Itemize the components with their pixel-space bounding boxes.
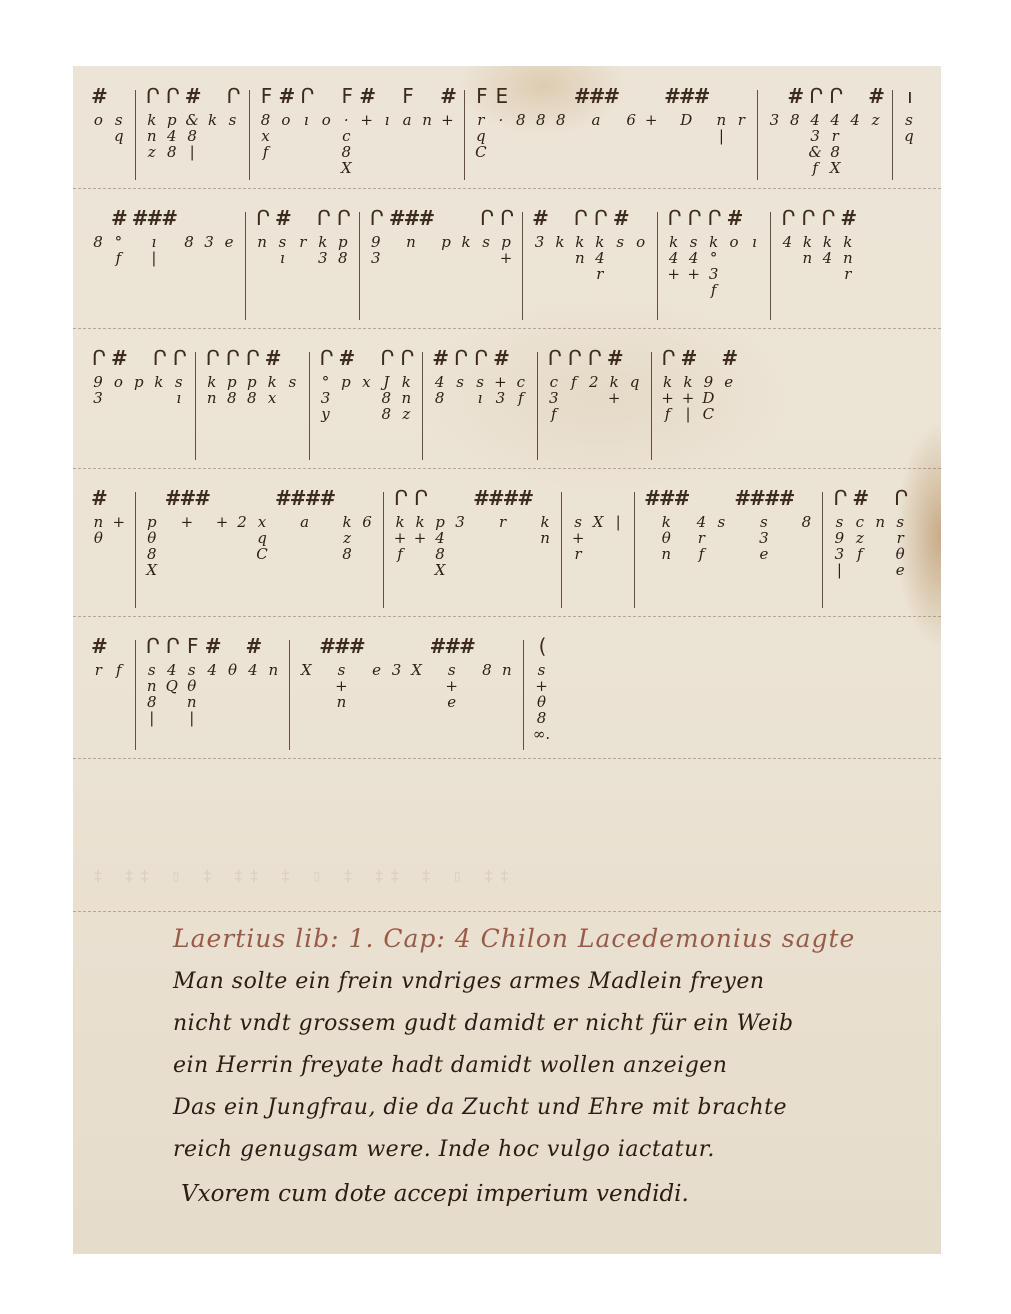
tab-note-stack: °3y: [321, 374, 331, 422]
tab-chord: #r: [91, 616, 106, 678]
tab-chord: Րı: [299, 66, 313, 128]
rhythm-flag-icon: F: [342, 66, 352, 106]
tab-note-stack: X: [301, 662, 312, 678]
tab-letter: s: [289, 374, 297, 390]
tab-note-stack: n: [268, 662, 278, 678]
tab-letter: n: [406, 234, 416, 250]
barline: [309, 352, 310, 460]
tab-note-stack: ·c8X: [341, 112, 352, 176]
tab-note-stack: p8: [247, 374, 257, 406]
tab-note-stack: s93|: [835, 514, 845, 578]
barline: [135, 640, 136, 750]
tab-letter: z: [872, 112, 880, 128]
rhythm-flag-icon: Ր: [801, 188, 813, 228]
tab-letter: k: [575, 234, 584, 250]
tab-letter: s: [229, 112, 237, 128]
rhythm-flag-icon: #: [275, 188, 290, 228]
tab-letter: 4: [850, 112, 860, 128]
tab-system-2: 8#°f###ı|83eՐn#sırՐk3Րp8Ր93###npkՐsՐp+#3…: [73, 188, 941, 329]
tab-letter: r: [832, 128, 839, 144]
rhythm-flag-icon: Ր: [662, 328, 674, 368]
measure: Րc3fՐfՐ2#k+q: [541, 328, 648, 468]
tab-chord: k: [553, 188, 567, 250]
tab-note-stack: 8: [516, 112, 526, 128]
barline: [135, 492, 136, 608]
tab-letter: °: [115, 234, 123, 250]
tab-note-stack: c3f: [549, 374, 559, 422]
rhythm-flag-icon: Ր: [548, 328, 560, 368]
tab-note-stack: 4: [850, 112, 860, 128]
tab-note-stack: +: [441, 112, 454, 128]
tab-letter: s: [616, 234, 624, 250]
rhythm-flag-icon: Ր: [474, 328, 486, 368]
tab-letter: z: [343, 530, 351, 546]
tab-note-stack: 2: [237, 514, 247, 530]
tab-note-stack: ·: [498, 112, 503, 128]
rhythm-flag-icon: #: [727, 188, 742, 228]
measure: #nθ+: [85, 468, 132, 616]
tab-note-stack: e: [372, 662, 381, 678]
tab-note-stack: 6: [626, 112, 636, 128]
tab-letter: θ: [228, 662, 237, 678]
tab-letter: 2: [589, 374, 599, 390]
tab-chord: p48X: [433, 468, 447, 578]
barline: [383, 492, 384, 608]
tab-note-stack: s+e: [445, 662, 458, 710]
tab-chord: #48: [432, 328, 447, 406]
tab-note-stack: knz: [147, 112, 157, 160]
tab-chord: #s: [613, 188, 628, 250]
barline: [651, 352, 652, 460]
tab-chord: ###+: [165, 468, 209, 530]
tab-letter: +: [216, 514, 229, 530]
tab-letter: f: [263, 144, 269, 160]
tab-chord: o: [634, 188, 648, 250]
tab-letter: 8: [342, 144, 352, 160]
tab-chord: #knr: [840, 188, 855, 282]
tab-letter: n: [268, 662, 278, 678]
tab-letter: θ: [94, 530, 103, 546]
tab-letter: k: [402, 374, 411, 390]
system-3-measures: Ր93#opՐkՐsıՐknՐp8Րp8#kxsՐ°3y#pxՐJ88Րknz#…: [85, 328, 931, 468]
tab-chord: ####a: [275, 468, 334, 530]
tab-chord: Րp48: [165, 66, 179, 160]
barline: [464, 90, 465, 180]
tab-letter: °: [710, 250, 718, 266]
tab-letter: |: [719, 128, 724, 144]
tab-note-stack: p: [341, 374, 351, 390]
tab-chord: Րk4: [820, 188, 834, 266]
tab-letter: p: [134, 374, 144, 390]
tab-letter: 8: [537, 710, 547, 726]
tab-letter: k: [416, 514, 425, 530]
tab-note-stack: e: [225, 234, 234, 250]
tab-letter: 4: [207, 662, 217, 678]
tab-note-stack: k4+: [667, 234, 680, 282]
rhythm-flag-icon: #: [91, 468, 106, 508]
tab-chord: #8: [787, 66, 802, 128]
measure: (s+θ8∞.: [527, 616, 556, 758]
tab-chord: (s+θ8∞.: [533, 616, 550, 742]
tab-letter: 4: [689, 250, 699, 266]
tab-chord: 6: [624, 66, 638, 128]
tab-chord: Ր4Q: [165, 616, 179, 694]
tab-letter: 3: [496, 390, 506, 406]
tab-letter: f: [397, 546, 403, 562]
tab-chord: Fa: [400, 66, 414, 128]
measure: Ր93###npkՐsՐp+: [363, 188, 519, 328]
tab-chord: 8: [514, 66, 528, 128]
tab-letter: 4: [783, 234, 793, 250]
latin-quote: Vxorem cum dote accepi imperium vendidi.: [173, 1181, 933, 1207]
tab-letter: 4: [167, 128, 177, 144]
tab-chord: #°f: [111, 188, 126, 266]
tab-note-stack: 3: [770, 112, 780, 128]
tab-chord: ısq: [902, 66, 916, 144]
tab-letter: k: [662, 514, 671, 530]
tab-note-stack: s: [718, 514, 726, 530]
tab-note-stack: 2: [589, 374, 599, 390]
tab-note-stack: 3: [455, 514, 465, 530]
rhythm-flag-icon: Ր: [380, 328, 392, 368]
tab-letter: X: [830, 160, 841, 176]
tab-letter: n: [575, 250, 585, 266]
tab-letter: k: [683, 374, 692, 390]
tab-note-stack: o: [281, 112, 290, 128]
tab-note-stack: s+θ8∞.: [533, 662, 550, 742]
tab-letter: k: [208, 112, 217, 128]
rhythm-flag-icon: ###: [389, 188, 433, 228]
tab-letter: k: [555, 234, 564, 250]
tab-letter: r: [95, 662, 102, 678]
rhythm-flag-icon: Ր: [588, 328, 600, 368]
tab-letter: 8: [830, 144, 840, 160]
tab-note-stack: 8: [482, 662, 492, 678]
text-line-1: Man solte ein frein vndriges armes Madle…: [173, 961, 933, 1003]
tab-letter: 4: [595, 250, 605, 266]
tab-note-stack: 4rf: [697, 514, 707, 562]
tab-letter: z: [856, 530, 864, 546]
tab-note-stack: 4: [207, 662, 217, 678]
rhythm-flag-icon: #: [681, 328, 696, 368]
tab-letter: p: [501, 234, 511, 250]
tab-letter: 9: [704, 374, 714, 390]
tab-note-stack: k: [208, 112, 217, 128]
tab-chord: ###D: [664, 66, 708, 128]
tab-chord: #o: [279, 66, 294, 128]
tab-letter: 8: [516, 112, 526, 128]
tab-chord: #nθ: [91, 468, 106, 546]
tab-letter: 8: [187, 128, 197, 144]
rhythm-flag-icon: Ր: [146, 66, 158, 106]
tab-chord: F·c8X: [339, 66, 353, 176]
tab-letter: 8: [536, 112, 546, 128]
tab-chord: f: [112, 616, 126, 678]
tab-letter: 8: [435, 390, 445, 406]
tab-note-stack: θ: [228, 662, 237, 678]
tab-note-stack: 93: [93, 374, 103, 406]
tab-note-stack: +: [216, 514, 229, 530]
tab-chord: Ր2: [587, 328, 601, 390]
tab-letter: e: [896, 562, 905, 578]
tab-chord: Րk4r: [593, 188, 607, 282]
tab-letter: x: [261, 128, 269, 144]
tab-chord: k: [206, 66, 220, 128]
bleed-through-ink: ‡ ‡‡ ▯ ‡ ‡‡ ‡ ▯ ‡ ‡‡ ‡ ▯ ‡‡: [93, 866, 913, 926]
tab-letter: +: [394, 530, 407, 546]
tab-note-stack: r: [299, 234, 306, 250]
tab-chord: ###kθn: [644, 468, 688, 562]
tab-chord: 8: [554, 66, 568, 128]
rhythm-flag-icon: #: [185, 66, 200, 106]
tab-letter: q: [257, 530, 267, 546]
tab-letter: +: [667, 266, 680, 282]
tab-note-stack: D: [680, 112, 692, 128]
tab-note-stack: p8: [227, 374, 237, 406]
tab-letter: +: [494, 374, 507, 390]
tab-letter: +: [682, 390, 695, 406]
rhythm-flag-icon: Ր: [454, 328, 466, 368]
barline: [195, 352, 196, 460]
tab-note-stack: p+: [500, 234, 513, 266]
tab-letter: 8: [338, 250, 348, 266]
measure: ısq: [896, 66, 922, 188]
tab-note-stack: X: [411, 662, 422, 678]
tab-note-stack: s+n: [335, 662, 348, 710]
source-heading: Laertius lib: 1. Cap: 4 Chilon Lacedemon…: [173, 924, 933, 953]
tab-chord: 8: [182, 188, 196, 250]
tab-note-stack: s: [229, 112, 237, 128]
barline: [561, 492, 562, 608]
tab-letter: k: [669, 234, 678, 250]
tab-chord: Րp8: [245, 328, 259, 406]
barline: [770, 212, 771, 320]
tab-letter: 4: [697, 514, 707, 530]
tab-note-stack: f: [116, 662, 122, 678]
rhythm-flag-icon: Ր: [500, 188, 512, 228]
tab-system-4: #nθ+pθ8X###++2xqC####akz86Րk+fՐk+p48X3##…: [73, 468, 941, 617]
tab-letter: θ: [896, 546, 905, 562]
tab-letter: 3: [204, 234, 214, 250]
tab-letter: n: [422, 112, 432, 128]
tab-chord: s: [286, 328, 300, 390]
tab-note-stack: 4: [248, 662, 258, 678]
tab-chord: #o: [91, 66, 106, 128]
tab-note-stack: &8|: [185, 112, 198, 160]
ruled-line: [73, 911, 941, 912]
tab-note-stack: knr: [843, 234, 853, 282]
tab-chord: #+: [359, 66, 374, 128]
measure: ՐknՐp8Րp8#kxs: [199, 328, 306, 468]
tab-chord: o: [319, 66, 333, 128]
rhythm-flag-icon: #: [868, 66, 883, 106]
rhythm-flag-icon: Ր: [92, 328, 104, 368]
tab-letter: f: [571, 374, 577, 390]
barline: [822, 492, 823, 608]
rhythm-flag-icon: Ր: [300, 66, 312, 106]
tab-note-stack: k+|: [682, 374, 695, 422]
tab-letter: p: [341, 374, 351, 390]
tab-chord: Րk+f: [661, 328, 675, 422]
tab-note-stack: 6: [362, 514, 372, 530]
tab-letter: +: [441, 112, 454, 128]
tab-chord: Րsı: [473, 328, 487, 406]
tab-system-5: #rfՐsn8|Ր4QFsθn|#4θ#4nX###s+ne3X###s+e8n…: [73, 616, 941, 759]
tab-letter: n: [94, 514, 104, 530]
tab-letter: 3: [709, 266, 719, 282]
system-5-measures: #rfՐsn8|Ր4QFsθn|#4θ#4nX###s+ne3X###s+e8n…: [85, 616, 931, 758]
tab-letter: n: [187, 694, 197, 710]
measure: s+rX|: [565, 468, 631, 616]
tab-chord: Րk+f: [393, 468, 407, 562]
tab-chord: sq: [112, 66, 126, 144]
tab-letter: n: [875, 514, 885, 530]
tab-letter: q: [114, 128, 124, 144]
tab-note-stack: k: [462, 234, 471, 250]
tab-note-stack: sq: [904, 112, 914, 144]
tab-note-stack: °f: [115, 234, 123, 266]
rhythm-flag-icon: Ր: [153, 328, 165, 368]
rhythm-flag-icon: F: [402, 66, 412, 106]
tab-letter: 8: [382, 390, 392, 406]
rhythm-flag-icon: #: [91, 66, 106, 106]
system-4-measures: #nθ+pθ8X###++2xqC####akz86Րk+fՐk+p48X3##…: [85, 468, 931, 616]
tab-chord: #4: [205, 616, 220, 678]
rhythm-flag-icon: F: [261, 66, 271, 106]
rhythm-flag-icon: Ր: [256, 188, 268, 228]
tab-letter: x: [268, 390, 276, 406]
tab-chord: 9DC: [701, 328, 715, 422]
tab-note-stack: sı: [476, 374, 484, 406]
tab-chord: Րk°3f: [707, 188, 721, 298]
rhythm-flag-icon: #: [111, 188, 126, 228]
tab-letter: f: [711, 282, 717, 298]
tab-letter: r: [698, 530, 705, 546]
tab-letter: X: [341, 160, 352, 176]
tab-note-stack: 8: [93, 234, 103, 250]
rhythm-flag-icon: #: [840, 188, 855, 228]
measure: Րk4+Րs4+Րk°3f#oı: [661, 188, 768, 328]
tab-letter: k: [709, 234, 718, 250]
rhythm-flag-icon: Ր: [894, 468, 906, 508]
text-line-5: reich genugsam were. Inde hoc vulgo iact…: [173, 1129, 933, 1171]
tab-note-stack: kθn: [661, 514, 671, 562]
tab-letter: +: [535, 678, 548, 694]
rhythm-flag-icon: ####: [275, 468, 334, 508]
rhythm-flag-icon: Ր: [400, 328, 412, 368]
tab-chord: ####s3e: [734, 468, 793, 562]
tab-chord: Րk: [152, 328, 166, 390]
tab-letter: °: [322, 374, 330, 390]
tab-letter: +: [181, 514, 194, 530]
tab-note-stack: q: [630, 374, 640, 390]
tab-chord: #o: [111, 328, 126, 390]
tab-letter: 8: [227, 390, 237, 406]
tab-note-stack: 43&f: [808, 112, 821, 176]
measure: Րn#sırՐk3Րp8: [249, 188, 356, 328]
tab-note-stack: kn: [207, 374, 217, 406]
tab-note-stack: 8: [802, 514, 812, 530]
tab-note-stack: +: [645, 112, 658, 128]
tab-letter: s: [905, 112, 913, 128]
tab-chord: kz8: [340, 468, 354, 562]
tab-letter: x: [258, 514, 266, 530]
tab-letter: +: [661, 390, 674, 406]
tab-chord: ####r: [473, 468, 532, 530]
tab-note-stack: 8xf: [261, 112, 271, 160]
measure: Րsn8|Ր4QFsθn|#4θ#4n: [139, 616, 287, 758]
rhythm-flag-icon: #: [852, 468, 867, 508]
tab-note-stack: cf: [517, 374, 525, 406]
tab-letter: n: [540, 530, 550, 546]
rhythm-flag-icon: ###: [430, 616, 474, 656]
tab-letter: a: [403, 112, 412, 128]
tab-chord: Րs: [226, 66, 240, 128]
tab-note-stack: r: [499, 514, 506, 530]
tab-note-stack: +: [360, 112, 373, 128]
rhythm-flag-icon: Ր: [320, 328, 332, 368]
text-line-2: nicht vndt grossem gudt damidt er nicht …: [173, 1003, 933, 1045]
tab-chord: #+: [440, 66, 455, 128]
tab-note-stack: n|: [717, 112, 727, 144]
tab-chord: Ր°3y: [319, 328, 333, 422]
tab-letter: k: [823, 234, 832, 250]
tab-letter: θ: [662, 530, 671, 546]
tab-note-stack: 48: [435, 374, 445, 406]
tab-note-stack: z: [872, 112, 880, 128]
tab-letter: 4: [810, 112, 820, 128]
tab-note-stack: ı: [304, 112, 309, 128]
tab-letter: e: [447, 694, 456, 710]
tab-letter: D: [702, 390, 714, 406]
tab-chord: Րsrθe: [893, 468, 907, 578]
tab-letter: 3: [93, 390, 103, 406]
tab-letter: 8: [556, 112, 566, 128]
measure: ՐknzՐp48#&8|kՐs: [139, 66, 246, 188]
tab-note-stack: o: [636, 234, 645, 250]
tab-letter: 3: [455, 514, 465, 530]
tab-chord: Րp+: [499, 188, 513, 266]
tab-chord: r: [734, 66, 748, 128]
tab-letter: Q: [166, 678, 178, 694]
tab-chord: Րk+: [413, 468, 427, 546]
tab-note-stack: n: [422, 112, 432, 128]
tab-letter: p: [227, 374, 237, 390]
tab-chord: p: [439, 188, 453, 250]
barline: [245, 212, 246, 320]
tab-letter: e: [759, 546, 768, 562]
tab-letter: 2: [237, 514, 247, 530]
rhythm-flag-icon: Ր: [370, 188, 382, 228]
tab-note-stack: k+: [414, 514, 427, 546]
tab-letter: 8: [802, 514, 812, 530]
tab-letter: s: [188, 662, 196, 678]
tab-letter: k: [318, 234, 327, 250]
tab-letter: n: [717, 112, 727, 128]
measure: #48ՐsՐsı#+3cf: [426, 328, 534, 468]
tab-letter: +: [335, 678, 348, 694]
measure: Ր4ՐknՐk4#knr: [774, 188, 861, 328]
barline: [757, 90, 758, 180]
tab-letter: θ: [147, 530, 156, 546]
tab-letter: o: [729, 234, 738, 250]
tab-note-stack: p48X: [435, 514, 446, 578]
tab-letter: C: [256, 546, 267, 562]
tab-letter: s: [338, 662, 346, 678]
tab-note-stack: pθ8X: [146, 514, 157, 578]
tab-note-stack: kz8: [342, 514, 352, 562]
rhythm-flag-icon: Ր: [227, 66, 239, 106]
